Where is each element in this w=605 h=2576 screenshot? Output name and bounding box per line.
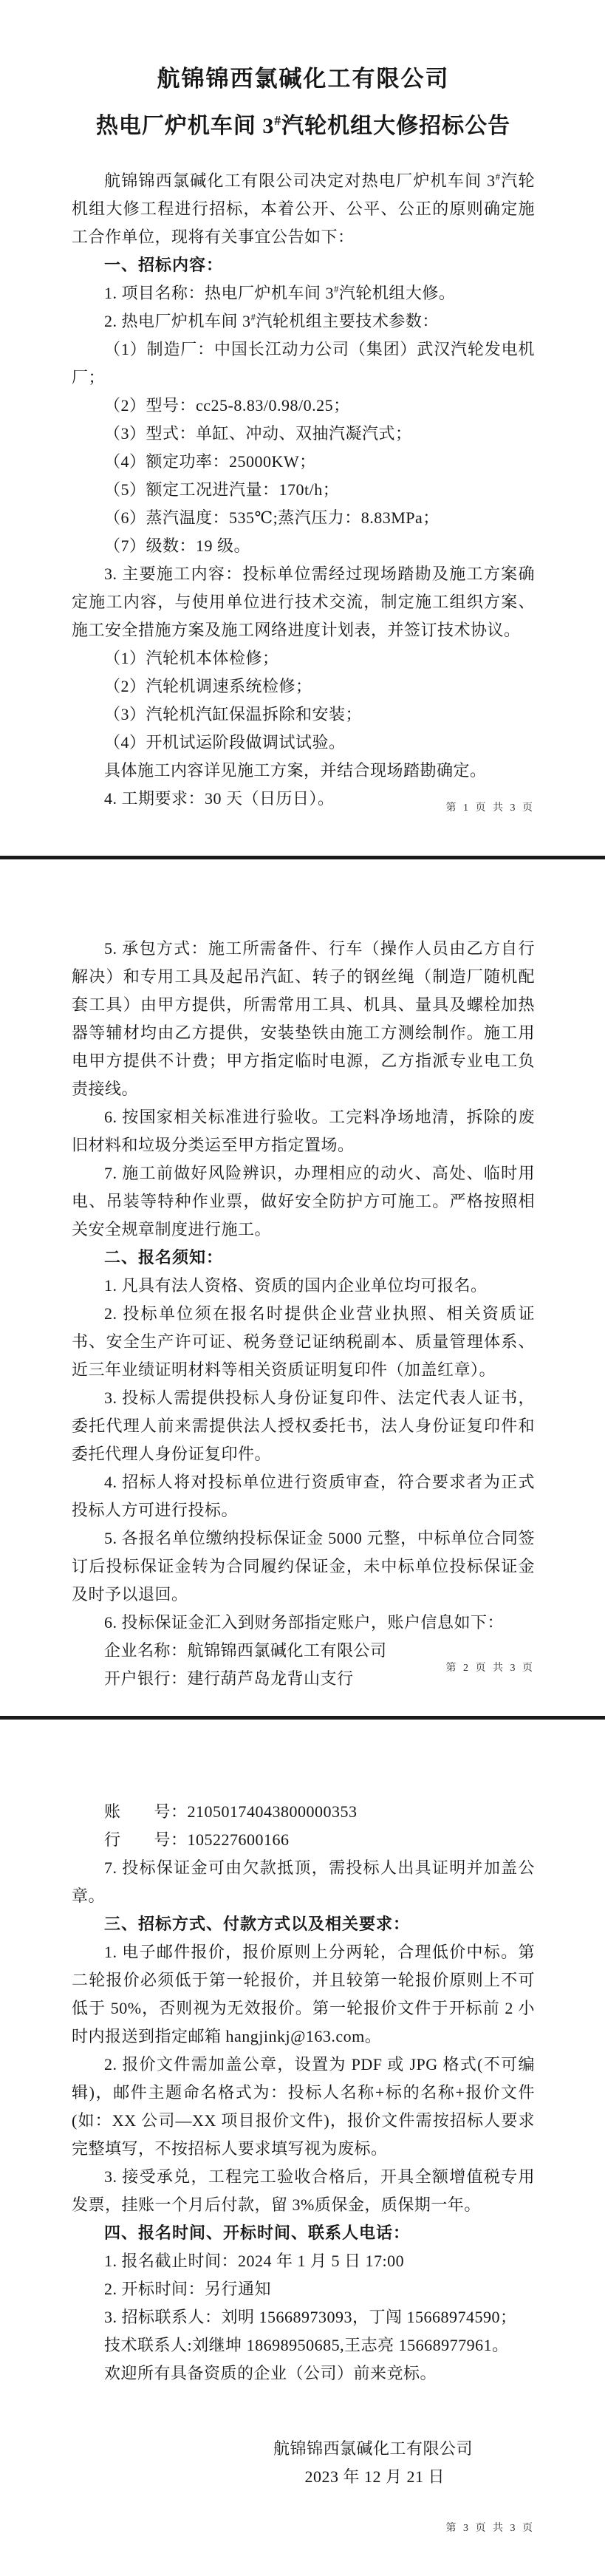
text-run: 3. 招标联系人：刘明 15668973093，丁闯 15668974590； bbox=[104, 2308, 517, 2326]
text-run: 7. 施工前做好风险辨识，办理相应的动火、高处、临时用电、吊装等特种作业票，做好… bbox=[72, 1164, 535, 1238]
text-run: 汽轮机组主要技术参数： bbox=[256, 312, 439, 330]
text-run: 航锦锦西氯碱化工有限公司 bbox=[273, 2439, 473, 2458]
text-run: 2. 热电厂炉机车间 3 bbox=[104, 312, 251, 330]
document-title: 航锦锦西氯碱化工有限公司 bbox=[72, 64, 535, 95]
text-run: 1. 项目名称：热电厂炉机车间 3 bbox=[104, 284, 334, 302]
paragraph: 3. 接受承兑，工程完工验收合格后，开具全额增值税专用发票，挂账一个月后付款，留… bbox=[72, 2163, 535, 2219]
paragraph: （2）汽轮机调速系统检修； bbox=[72, 672, 535, 701]
text-run: 四、报名时间、开标时间、联系人电话： bbox=[104, 2224, 410, 2242]
paragraph: （5）额定工况进汽量：170t/h； bbox=[72, 476, 535, 504]
text-run: 企业名称：航锦锦西氯碱化工有限公司 bbox=[104, 1641, 387, 1660]
paragraph: 6. 按国家相关标准进行验收。工完料净场地清，拆除的废旧材料和垃圾分类运至甲方指… bbox=[72, 1103, 535, 1159]
text-run: 具体施工内容详见施工方案，并结合现场踏勘确定。 bbox=[104, 761, 487, 780]
text-run: 5. 各报名单位缴纳投标保证金 5000 元整，中标单位合同签订后投标保证金转为… bbox=[72, 1529, 535, 1604]
paragraph: （1）制造厂：中国长江动力公司（集团）武汉汽轮发电机厂； bbox=[72, 335, 535, 392]
document-page-1: 航锦锦西氯碱化工有限公司热电厂炉机车间 3#汽轮机组大修招标公告航锦锦西氯碱化工… bbox=[0, 0, 605, 856]
page-number: 第 2 页 共 3 页 bbox=[446, 1660, 536, 1674]
paragraph: 2. 热电厂炉机车间 3#汽轮机组主要技术参数： bbox=[72, 307, 535, 335]
contact-line: 3. 招标联系人：刘明 15668973093，丁闯 15668974590； bbox=[72, 2303, 535, 2331]
text-run: 欢迎所有具备资质的企业（公司）前来竞标。 bbox=[104, 2364, 437, 2382]
account-number: 账 号：21050174043800000353 bbox=[72, 1798, 535, 1826]
text-run: （4）开机试运阶段做调试试验。 bbox=[104, 733, 346, 752]
paragraph: （4）开机试运阶段做调试试验。 bbox=[72, 729, 535, 757]
text-run: 2. 投标单位须在报名时提供企业营业执照、相关资质证书、安全生产许可证、税务登记… bbox=[72, 1304, 535, 1379]
paragraph: 7. 施工前做好风险辨识，办理相应的动火、高处、临时用电、吊装等特种作业票，做好… bbox=[72, 1159, 535, 1244]
text-run: 1. 凡具有法人资格、资质的国内企业单位均可报名。 bbox=[104, 1276, 488, 1295]
scanned-document: 航锦锦西氯碱化工有限公司热电厂炉机车间 3#汽轮机组大修招标公告航锦锦西氯碱化工… bbox=[0, 0, 605, 2576]
text-run: 汽轮机组大修。 bbox=[339, 284, 456, 302]
contact-line: 技术联系人:刘继坤 18698950685,王志亮 15668977961。 bbox=[72, 2331, 535, 2359]
text-run: 2. 开标时间：另行通知 bbox=[104, 2280, 271, 2298]
paragraph: 2. 报价文件需加盖公章，设置为 PDF 或 JPG 格式(不可编辑)，邮件主题… bbox=[72, 2051, 535, 2163]
page-content: 航锦锦西氯碱化工有限公司热电厂炉机车间 3#汽轮机组大修招标公告航锦锦西氯碱化工… bbox=[72, 64, 535, 813]
bid-opening-line: 2. 开标时间：另行通知 bbox=[72, 2275, 535, 2303]
paragraph: （6）蒸汽温度：535℃;蒸汽压力：8.83MPa； bbox=[72, 504, 535, 532]
text-run: （7）级数：19 级。 bbox=[104, 536, 250, 555]
text-run: 3. 主要施工内容：投标单位需经过现场踏勘及施工方案确定施工内容，与使用单位进行… bbox=[72, 565, 535, 639]
paragraph: 4. 招标人将对投标单位进行资质审查，符合要求者为正式投标人方可进行投标。 bbox=[72, 1468, 535, 1524]
paragraph: 1. 项目名称：热电厂炉机车间 3#汽轮机组大修。 bbox=[72, 279, 535, 307]
signature-date: 2023 年 12 月 21 日 bbox=[72, 2463, 535, 2491]
text-run: 二、报名须知： bbox=[104, 1248, 223, 1267]
text-run: （2）汽轮机调速系统检修； bbox=[104, 677, 312, 695]
text-run: 3. 接受承兑，工程完工验收合格后，开具全额增值税专用发票，挂账一个月后付款，留… bbox=[72, 2167, 535, 2214]
section-heading-1: 一、招标内容： bbox=[72, 251, 535, 279]
paragraph: 5. 各报名单位缴纳投标保证金 5000 元整，中标单位合同签订后投标保证金转为… bbox=[72, 1524, 535, 1609]
bank-number: 行 号：105227600166 bbox=[72, 1826, 535, 1854]
paragraph: 1. 电子邮件报价，报价原则上分两轮，合理低价中标。第二轮报价必须低于第一轮报价… bbox=[72, 1938, 535, 2051]
text-run: （5）额定工况进汽量：170t/h； bbox=[104, 480, 339, 499]
paragraph: 3. 主要施工内容：投标单位需经过现场踏勘及施工方案确定施工内容，与使用单位进行… bbox=[72, 560, 535, 644]
paragraph: 6. 投标保证金汇入到财务部指定账户，账户信息如下： bbox=[72, 1609, 535, 1637]
paragraph: 2. 投标单位须在报名时提供企业营业执照、相关资质证书、安全生产许可证、税务登记… bbox=[72, 1300, 535, 1384]
section-heading-3: 三、招标方式、付款方式以及相关要求： bbox=[72, 1910, 535, 1938]
text-run: （2）型号：cc25-8.83/0.98/0.25； bbox=[104, 396, 350, 415]
text-run: （6）蒸汽温度：535℃;蒸汽压力：8.83MPa； bbox=[104, 508, 440, 527]
text-run: （1）制造厂：中国长江动力公司（集团）武汉汽轮发电机厂； bbox=[72, 340, 535, 386]
text-run: 技术联系人:刘继坤 18698950685,王志亮 15668977961。 bbox=[104, 2336, 509, 2354]
text-run: （3）型式：单缸、冲动、双抽汽凝汽式； bbox=[104, 424, 412, 443]
text-run: 4. 招标人将对投标单位进行资质审查，符合要求者为正式投标人方可进行投标。 bbox=[72, 1473, 535, 1519]
text-run: 一、招标内容： bbox=[104, 256, 223, 274]
section-heading-4: 四、报名时间、开标时间、联系人电话： bbox=[72, 2219, 535, 2247]
text-run: 1. 电子邮件报价，报价原则上分两轮，合理低价中标。第二轮报价必须低于第一轮报价… bbox=[72, 1943, 535, 2045]
document-page-3: 账 号：21050174043800000353行 号：105227600166… bbox=[0, 1716, 605, 2576]
text-run: 航锦锦西氯碱化工有限公司决定对热电厂炉机车间 3 bbox=[104, 171, 496, 190]
page-content: 账 号：21050174043800000353行 号：105227600166… bbox=[72, 1798, 535, 2491]
paragraph: 3. 投标人需提供投标人身份证复印件、法定代表人证书，委托代理人前来需提供法人授… bbox=[72, 1384, 535, 1468]
page-number: 第 1 页 共 3 页 bbox=[446, 800, 536, 814]
text-run: 1. 报名截止时间：2024 年 1 月 5 日 17:00 bbox=[104, 2252, 404, 2270]
paragraph: （3）汽轮机汽缸保温拆除和安装； bbox=[72, 701, 535, 729]
text-run: 4. 工期要求：30 天（日历日）。 bbox=[104, 789, 335, 808]
text-run: 开户银行：建行葫芦岛龙背山支行 bbox=[104, 1669, 354, 1688]
text-run: 6. 按国家相关标准进行验收。工完料净场地清，拆除的废旧材料和垃圾分类运至甲方指… bbox=[72, 1108, 535, 1154]
document-page-2: 5. 承包方式：施工所需备件、行车（操作人员由乙方自行解决）和专用工具及起吊汽缸… bbox=[0, 856, 605, 1716]
paragraph: 7. 投标保证金可由欠款抵顶，需投标人出具证明并加盖公章。 bbox=[72, 1854, 535, 1910]
text-run: （1）汽轮机本体检修； bbox=[104, 649, 279, 667]
superscript-hash: # bbox=[334, 284, 339, 295]
text-run: 三、招标方式、付款方式以及相关要求： bbox=[104, 1915, 410, 1933]
signature-company: 航锦锦西氯碱化工有限公司 bbox=[72, 2435, 535, 2463]
superscript-hash: # bbox=[274, 113, 281, 128]
text-run: 2023 年 12 月 21 日 bbox=[304, 2467, 445, 2486]
paragraph: （3）型式：单缸、冲动、双抽汽凝汽式； bbox=[72, 420, 535, 448]
page-content: 5. 承包方式：施工所需备件、行车（操作人员由乙方自行解决）和专用工具及起吊汽缸… bbox=[72, 935, 535, 1693]
section-heading-2: 二、报名须知： bbox=[72, 1244, 535, 1272]
text-run: 航锦锦西氯碱化工有限公司 bbox=[157, 66, 450, 92]
text-run: 汽轮机组大修招标公告 bbox=[281, 114, 510, 138]
text-run: 6. 投标保证金汇入到财务部指定账户，账户信息如下： bbox=[104, 1613, 504, 1632]
text-run: （4）额定功率：25000KW； bbox=[104, 452, 316, 471]
document-subtitle: 热电厂炉机车间 3#汽轮机组大修招标公告 bbox=[72, 111, 535, 142]
text-run: 3. 投标人需提供投标人身份证复印件、法定代表人证书，委托代理人前来需提供法人授… bbox=[72, 1388, 535, 1463]
closing-line: 欢迎所有具备资质的企业（公司）前来竞标。 bbox=[72, 2359, 535, 2388]
text-run: 7. 投标保证金可由欠款抵顶，需投标人出具证明并加盖公章。 bbox=[72, 1858, 535, 1905]
text-run: 2. 报价文件需加盖公章，设置为 PDF 或 JPG 格式(不可编辑)，邮件主题… bbox=[72, 2055, 535, 2158]
page-number: 第 3 页 共 3 页 bbox=[446, 2520, 536, 2535]
paragraph: （1）汽轮机本体检修； bbox=[72, 644, 535, 672]
text-run: 行 号：105227600166 bbox=[104, 1830, 290, 1849]
text-run: （3）汽轮机汽缸保温拆除和安装； bbox=[104, 705, 362, 723]
intro-paragraph: 航锦锦西氯碱化工有限公司决定对热电厂炉机车间 3#汽轮机组大修工程进行招标，本着… bbox=[72, 167, 535, 251]
text-run: 账 号：21050174043800000353 bbox=[104, 1802, 358, 1821]
paragraph: （7）级数：19 级。 bbox=[72, 532, 535, 560]
deadline-line: 1. 报名截止时间：2024 年 1 月 5 日 17:00 bbox=[72, 2247, 535, 2275]
paragraph: 具体施工内容详见施工方案，并结合现场踏勘确定。 bbox=[72, 757, 535, 785]
text-run: 5. 承包方式：施工所需备件、行车（操作人员由乙方自行解决）和专用工具及起吊汽缸… bbox=[72, 939, 535, 1098]
paragraph: 5. 承包方式：施工所需备件、行车（操作人员由乙方自行解决）和专用工具及起吊汽缸… bbox=[72, 935, 535, 1103]
paragraph: （4）额定功率：25000KW； bbox=[72, 448, 535, 476]
paragraph: （2）型号：cc25-8.83/0.98/0.25； bbox=[72, 392, 535, 420]
paragraph: 1. 凡具有法人资格、资质的国内企业单位均可报名。 bbox=[72, 1272, 535, 1300]
text-run: 热电厂炉机车间 3 bbox=[96, 114, 275, 138]
